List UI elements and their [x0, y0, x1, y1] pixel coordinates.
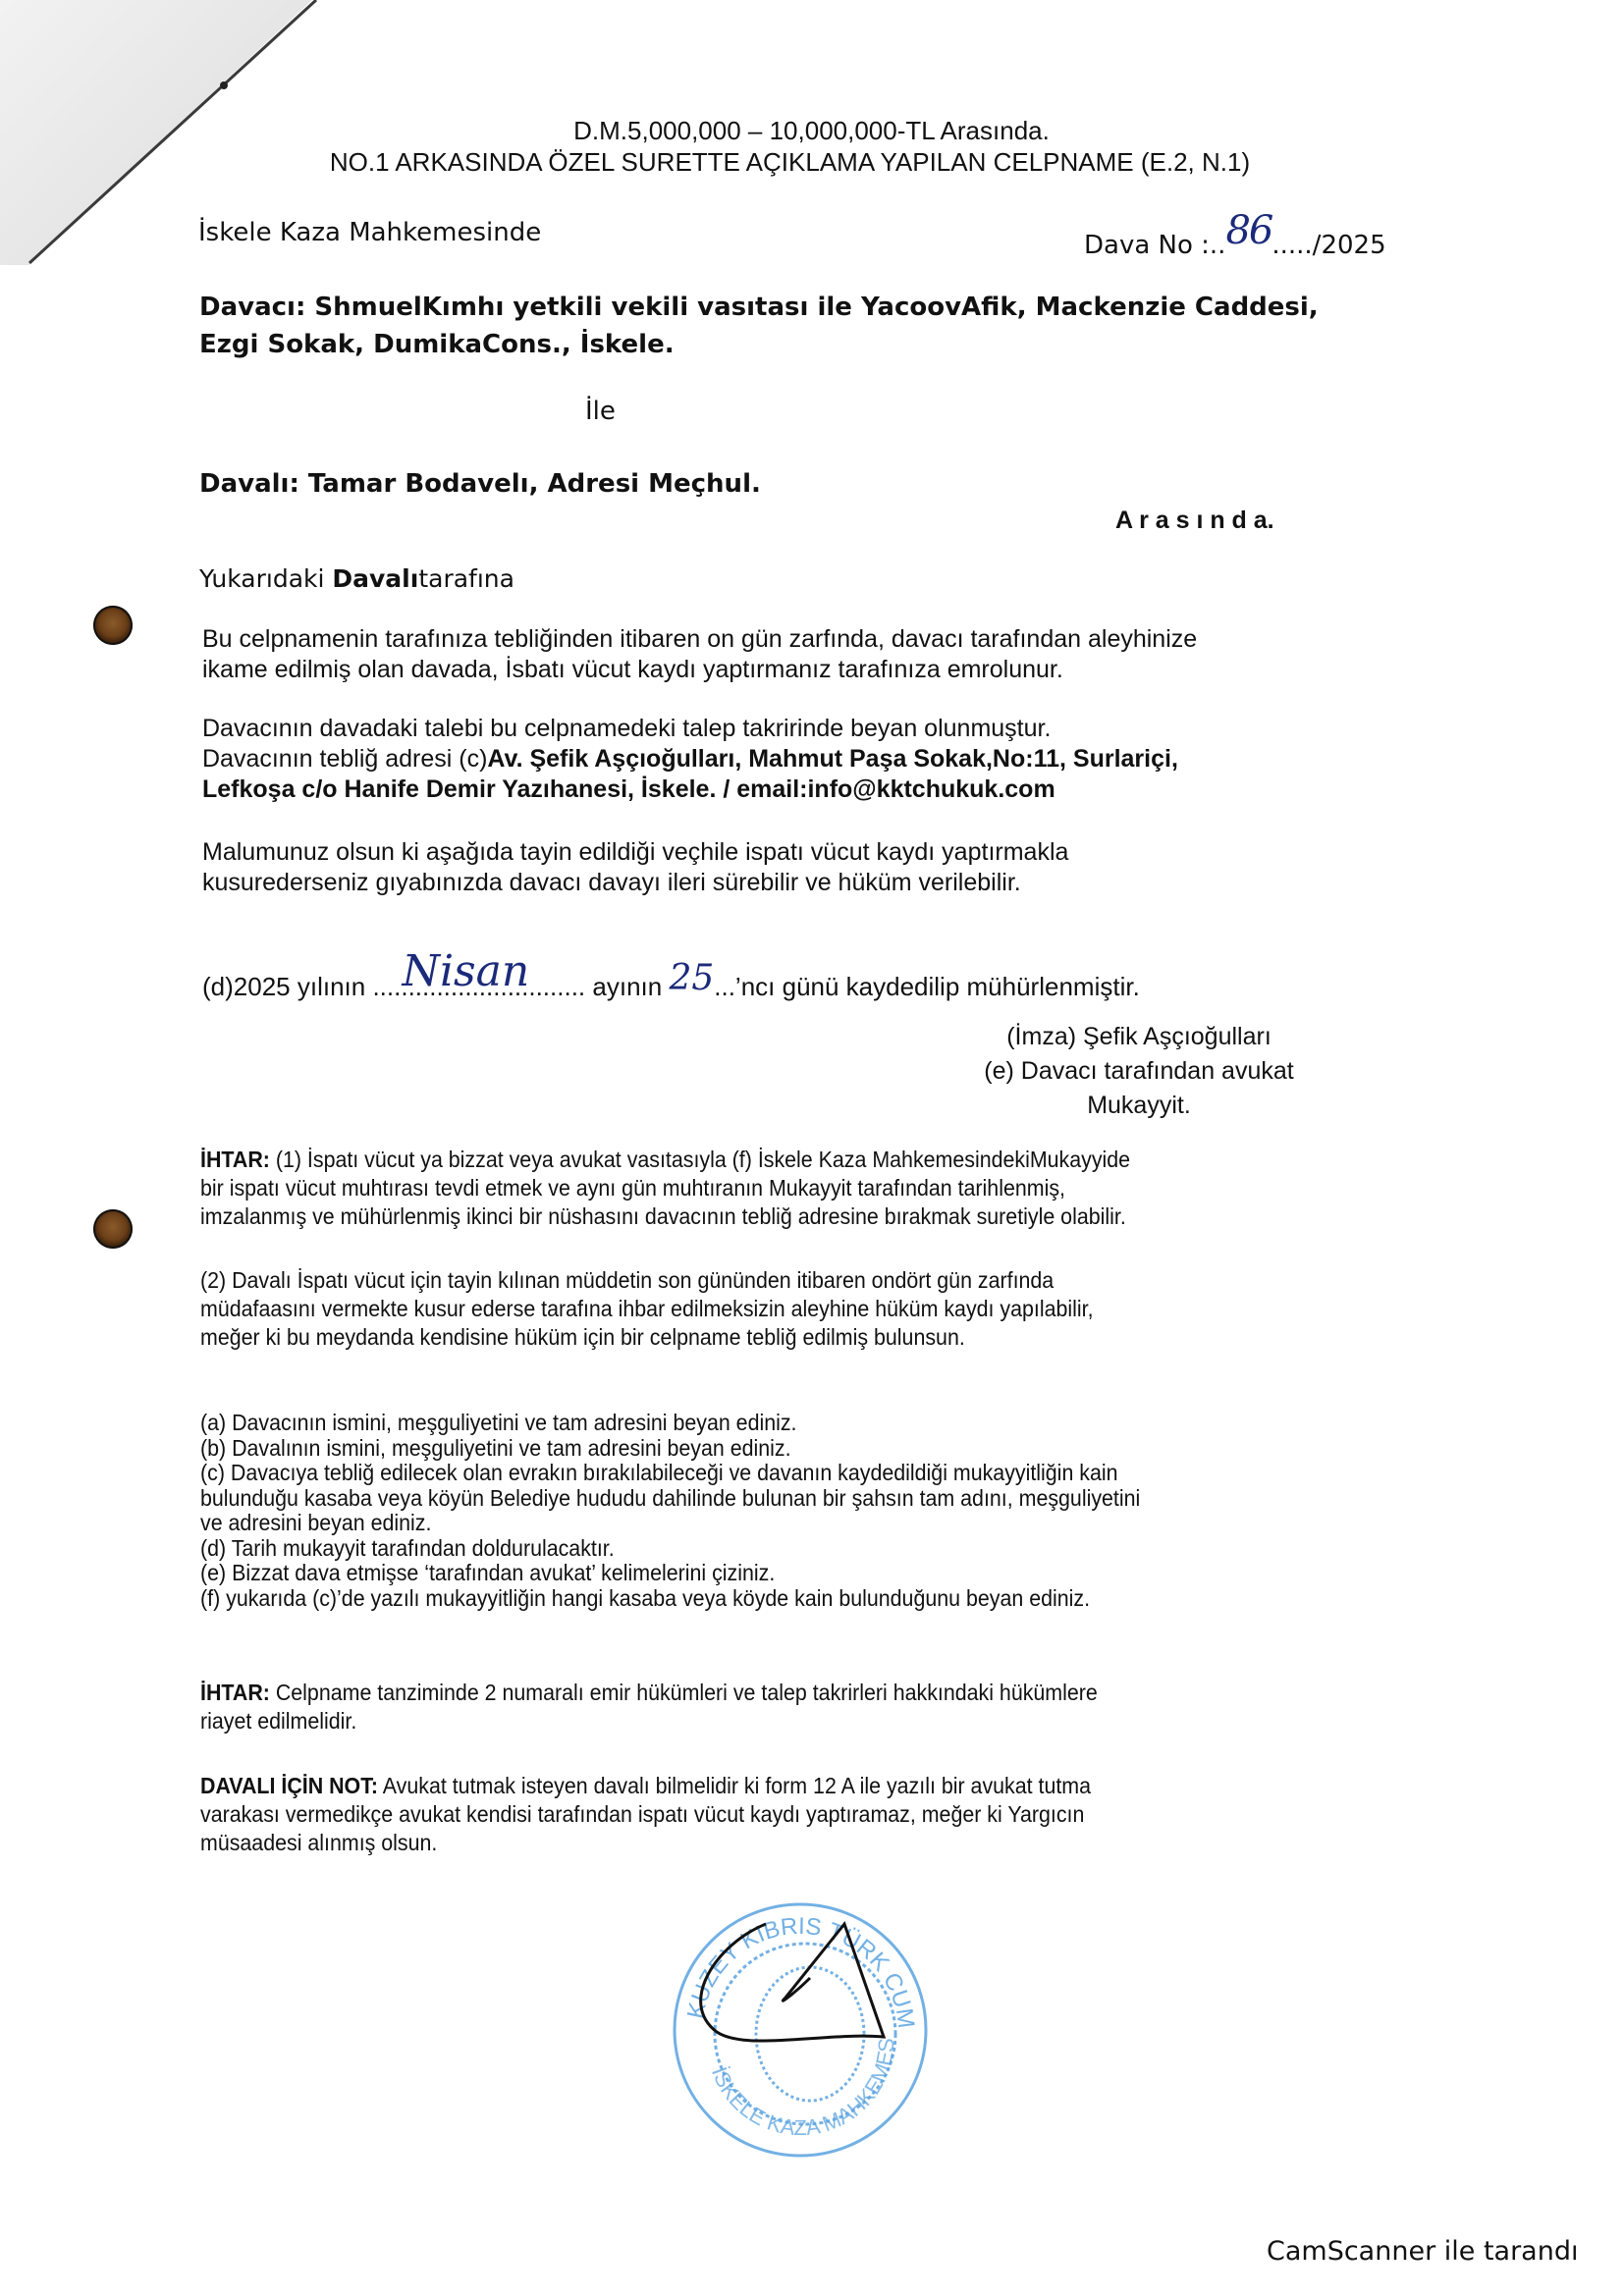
- instruction-item: (f) yukarıda (c)’de yazılı mukayyitliğin…: [200, 1586, 1140, 1612]
- defendant-note: DAVALI İÇİN NOT: Avukat tutmak isteyen d…: [200, 1772, 1091, 1857]
- notice-paragraph: Malumunuz olsun ki aşağıda tayin edildiğ…: [202, 837, 1068, 898]
- plaintiff-email: Lefkoşa c/o Hanife Demir Yazıhanesi, İsk…: [202, 774, 1178, 805]
- amount-range: D.M.5,000,000 – 10,000,000-TL Arasında.: [0, 116, 1623, 146]
- signature-role: (e) Davacı tarafından avukat: [884, 1057, 1394, 1086]
- date-line: (d)2025 yılının .....Nisan..............…: [202, 964, 1140, 1004]
- signature-title: Mukayyit.: [884, 1092, 1394, 1120]
- case-number: Dava No :..86...../2025: [1084, 218, 1386, 263]
- court-stamp: KUZEY KIBRIS TÜRK CUMHURİYETİ İSKELE KAZ…: [648, 1885, 952, 2169]
- case-number-label: Dava No :: [1084, 231, 1210, 260]
- plaintiff-address-paragraph: Davacının davadaki talebi bu celpnamedek…: [202, 714, 1178, 805]
- case-number-handwritten: 86: [1225, 208, 1271, 253]
- instruction-item: ve adresini beyan ediniz.: [200, 1511, 1140, 1536]
- warning-label: İHTAR:: [200, 1147, 270, 1172]
- warning-1-clause-2: (2) Davalı İspatı vücut için tayin kılın…: [200, 1266, 1094, 1352]
- camscanner-watermark: CamScanner ile tarandı: [1267, 2236, 1578, 2267]
- addressee: Yukarıdaki Davalıtarafına: [199, 564, 514, 593]
- defendant: Davalı: Tamar Bodavelı, Adresi Meçhul.: [199, 469, 761, 499]
- instruction-item: (e) Bizzat dava etmişse ‘tarafından avuk…: [200, 1561, 1140, 1586]
- connector-ile: İle: [585, 397, 616, 426]
- signature-name: (İmza) Şefik Aşçıoğulları: [884, 1023, 1394, 1051]
- instruction-item: (a) Davacının ismini, meşguliyetini ve t…: [200, 1411, 1140, 1436]
- between-label: A r a s ı n d a.: [1115, 507, 1274, 535]
- instructions-list: (a) Davacının ismini, meşguliyetini ve t…: [200, 1411, 1140, 1611]
- summons-paragraph: Bu celpnamenin tarafınıza tebliğinden it…: [202, 624, 1197, 685]
- day-handwritten: 25: [669, 958, 714, 998]
- plaintiff-line-1: Davacı: ShmuelKımhı yetkili vekili vasıt…: [199, 293, 1319, 322]
- punch-hole-top: [93, 606, 133, 645]
- instruction-item: bulunduğu kasaba veya köyün Belediye hud…: [200, 1486, 1140, 1512]
- month-handwritten: Nisan: [402, 946, 529, 996]
- instruction-item: (c) Davacıya tebliğ edilecek olan evrakı…: [200, 1461, 1140, 1486]
- plaintiff-line-2: Ezgi Sokak, DumikaCons., İskele.: [199, 330, 675, 359]
- warning-1: İHTAR: (1) İspatı vücut ya bizzat veya a…: [200, 1146, 1130, 1231]
- fold-dot: [220, 81, 228, 89]
- form-title: NO.1 ARKASINDA ÖZEL SURETTE AÇIKLAMA YAP…: [0, 147, 1601, 178]
- instruction-item: (b) Davalının ismini, meşguliyetini ve t…: [200, 1436, 1140, 1462]
- instruction-item: (d) Tarih mukayyit tarafından doldurulac…: [200, 1536, 1140, 1562]
- warning-2: İHTAR: Celpname tanziminde 2 numaralı em…: [200, 1679, 1098, 1735]
- punch-hole-bottom: [93, 1209, 133, 1249]
- court-name: İskele Kaza Mahkemesinde: [198, 218, 541, 247]
